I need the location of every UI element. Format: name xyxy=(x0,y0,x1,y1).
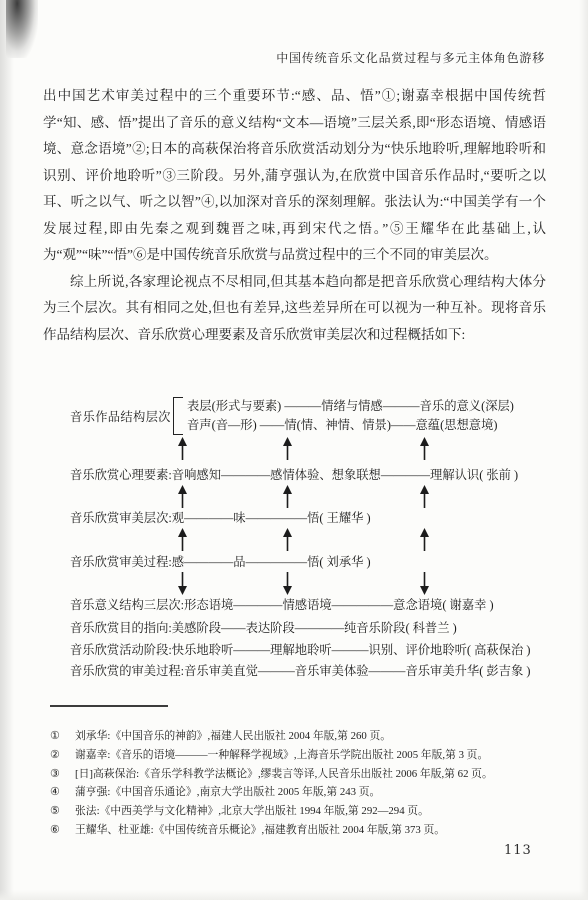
scan-bottom-edge xyxy=(0,890,588,900)
diagram-structure-label: 音乐作品结构层次 xyxy=(70,409,171,426)
up-arrow-icon xyxy=(176,485,189,509)
left-bracket-icon xyxy=(173,397,183,435)
footnote-text: 王耀华、杜亚雄:《中国传统音乐概论》,福建教育出版社 2004 年版,第 373… xyxy=(75,821,445,840)
footnote-marker: ① xyxy=(50,727,75,746)
diagram-structure-line-surface: 表层(形式与要素) ———情绪与情感———音乐的意义(深层) xyxy=(187,398,514,415)
footnote-marker: ③ xyxy=(50,765,75,784)
diagram-row-label: 音乐欣赏审美过程: xyxy=(70,555,172,569)
diagram-row-psych-elements: 音乐欣赏心理要素:音响感知————感情体验、想象联想————理解认识( 张前 ) xyxy=(70,467,518,484)
diagram-row-label: 音乐欣赏的审美过程: xyxy=(70,664,184,678)
down-arrow-icon xyxy=(176,571,189,595)
diagram-row-aesthetic-process: 音乐欣赏审美过程:感————品—————悟( 刘承华 ) xyxy=(70,554,371,571)
footnote-text: [日]高萩保治:《音乐学科教学法概论》,缪裴言等译,人民音乐出版社 2006 年… xyxy=(75,765,493,784)
diagram-row-label: 音乐欣赏心理要素: xyxy=(70,468,172,482)
diagram-row-content: 音响感知————感情体验、想象联想————理解认识( 张前 ) xyxy=(172,468,518,482)
up-arrow-icon xyxy=(418,437,431,461)
footnote-separator-rule xyxy=(50,705,168,707)
up-arrow-icon xyxy=(176,528,189,552)
up-arrow-icon xyxy=(418,528,431,552)
footnote-text: 刘承华:《中国音乐的神韵》,福建人民出版社 2004 年版,第 260 页。 xyxy=(75,727,391,746)
diagram-row-label: 音乐欣赏活动阶段: xyxy=(70,643,172,657)
diagram-row-label: 音乐欣赏审美层次: xyxy=(70,511,172,525)
diagram-row-appreciation-process: 音乐欣赏的审美过程:音乐审美直觉———音乐审美体验———音乐审美升华( 彭吉象 … xyxy=(70,663,530,680)
down-arrow-icon xyxy=(418,571,431,595)
footnote-marker: ⑤ xyxy=(50,802,75,821)
footnote: ⑤张法:《中西美学与文化精神》,北京大学出版社 1994 年版,第 292—29… xyxy=(50,802,555,821)
scan-corner-shadow xyxy=(6,0,38,58)
footnote-marker: ⑥ xyxy=(50,821,75,840)
footnote: ①刘承华:《中国音乐的神韵》,福建人民出版社 2004 年版,第 260 页。 xyxy=(50,727,555,746)
diagram-row-activity-stages: 音乐欣赏活动阶段:快乐地聆听———理解地聆听———识别、评价地聆听( 高萩保治 … xyxy=(70,642,530,659)
footnote: ③[日]高萩保治:《音乐学科教学法概论》,缪裴言等译,人民音乐出版社 2006 … xyxy=(50,765,555,784)
up-arrow-icon xyxy=(281,528,294,552)
paragraph-summary: 综上所说,各家理论视点不尽相同,但其基本趋向都是把音乐欣赏心理结构大体分为三个层… xyxy=(43,269,546,349)
diagram-row-purpose-orientation: 音乐欣赏目的指向:美感阶段——表达阶段————纯音乐阶段( 科普兰 ) xyxy=(70,620,457,637)
scan-left-edge xyxy=(0,0,14,900)
diagram-row-content: 感————品—————悟( 刘承华 ) xyxy=(172,555,371,569)
diagram-row-content: 快乐地聆听———理解地聆听———识别、评价地聆听( 高萩保治 ) xyxy=(172,643,531,657)
scan-right-edge xyxy=(579,0,588,900)
footnote: ④蒲亨强:《中国音乐通论》,南京大学出版社 2005 年版,第 243 页。 xyxy=(50,783,555,802)
footnote-marker: ② xyxy=(50,746,75,765)
up-arrow-icon xyxy=(281,485,294,509)
up-arrow-icon xyxy=(176,437,189,461)
diagram-row-meaning-structure: 音乐意义结构三层次:形态语境————情感语境—————意念语境( 谢嘉幸 ) xyxy=(70,597,494,614)
running-header-title: 中国传统音乐文化品赏过程与多元主体角色游移 xyxy=(276,49,545,66)
footnote: ②谢嘉幸:《音乐的语境———一种解释学视域》,上海音乐学院出版社 2005 年版… xyxy=(50,746,555,765)
footnote-text: 蒲亨强:《中国音乐通论》,南京大学出版社 2005 年版,第 243 页。 xyxy=(75,783,380,802)
footnote: ⑥王耀华、杜亚雄:《中国传统音乐概论》,福建教育出版社 2004 年版,第 37… xyxy=(50,821,555,840)
page-number: 113 xyxy=(504,843,532,858)
book-page: 中国传统音乐文化品赏过程与多元主体角色游移 出中国艺术审美过程中的三个重要环节:… xyxy=(0,0,588,900)
diagram-row-content: 音乐审美直觉———音乐审美体验———音乐审美升华( 彭吉象 ) xyxy=(184,664,530,678)
down-arrow-icon xyxy=(281,571,294,595)
footnote-text: 谢嘉幸:《音乐的语境———一种解释学视域》,上海音乐学院出版社 2005 年版,… xyxy=(75,746,488,765)
diagram-row-content: 美感阶段——表达阶段————纯音乐阶段( 科普兰 ) xyxy=(172,621,457,635)
diagram-row-content: 观————味—————悟( 王耀华 ) xyxy=(172,511,371,525)
diagram-structure-line-sound: 音声(音—形) ——情(情、神情、情景)——意蕴(思想意境) xyxy=(187,417,497,434)
footnote-marker: ④ xyxy=(50,783,75,802)
up-arrow-icon xyxy=(281,437,294,461)
paragraph-continued: 出中国艺术审美过程中的三个重要环节:“感、品、悟”①;谢嘉幸根据中国传统哲学“知… xyxy=(43,83,546,269)
diagram-row-label: 音乐意义结构三层次: xyxy=(70,598,184,612)
body-text-block: 出中国艺术审美过程中的三个重要环节:“感、品、悟”①;谢嘉幸根据中国传统哲学“知… xyxy=(43,83,546,348)
up-arrow-icon xyxy=(418,485,431,509)
diagram-row-label: 音乐欣赏目的指向: xyxy=(70,621,172,635)
footnotes-block: ①刘承华:《中国音乐的神韵》,福建人民出版社 2004 年版,第 260 页。 … xyxy=(50,727,555,840)
diagram-row-content: 形态语境————情感语境—————意念语境( 谢嘉幸 ) xyxy=(184,598,493,612)
footnote-text: 张法:《中西美学与文化精神》,北京大学出版社 1994 年版,第 292—294… xyxy=(75,802,429,821)
diagram-row-aesthetic-levels: 音乐欣赏审美层次:观————味—————悟( 王耀华 ) xyxy=(70,510,371,527)
